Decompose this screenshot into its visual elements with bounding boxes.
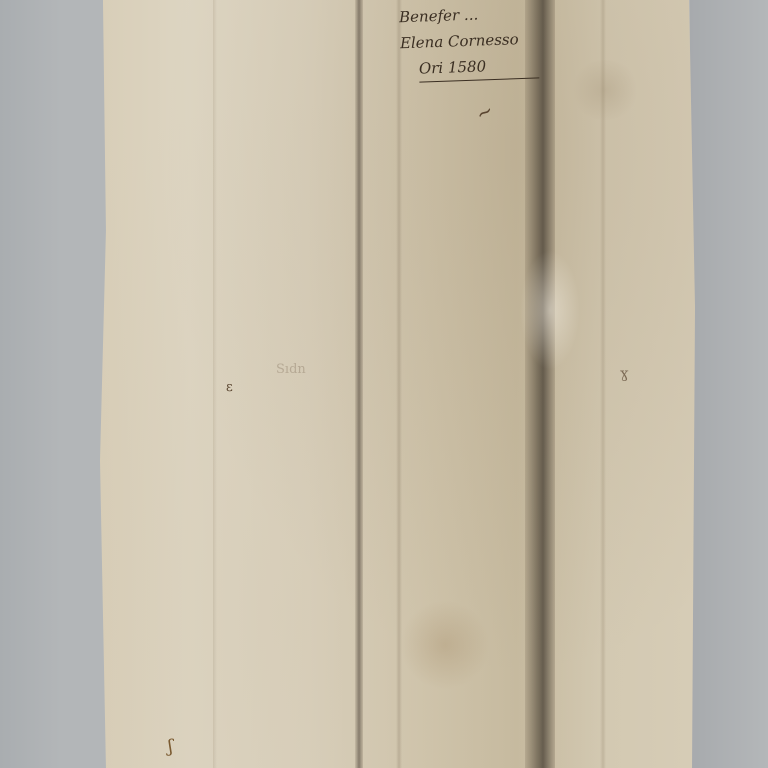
annotation-line-3: Ori 1580 (418, 51, 539, 82)
manuscript-page (100, 0, 695, 768)
endorsement-text: Benefer ... Elena Cornesso Ori 1580 (399, 0, 532, 83)
fold-line (355, 0, 363, 768)
ink-blot: ε (226, 380, 233, 395)
ink-blot: ɣ (620, 366, 628, 382)
paper-tear (520, 250, 580, 370)
water-stain (570, 60, 640, 120)
faded-text: Sıdn (276, 362, 306, 377)
fold-line (525, 0, 555, 768)
annotation-line-2: Elena Cornesso (400, 26, 531, 57)
fold-line (213, 0, 217, 768)
ink-blot: ʃ (168, 736, 173, 757)
water-stain (400, 600, 490, 690)
backdrop (690, 0, 768, 768)
